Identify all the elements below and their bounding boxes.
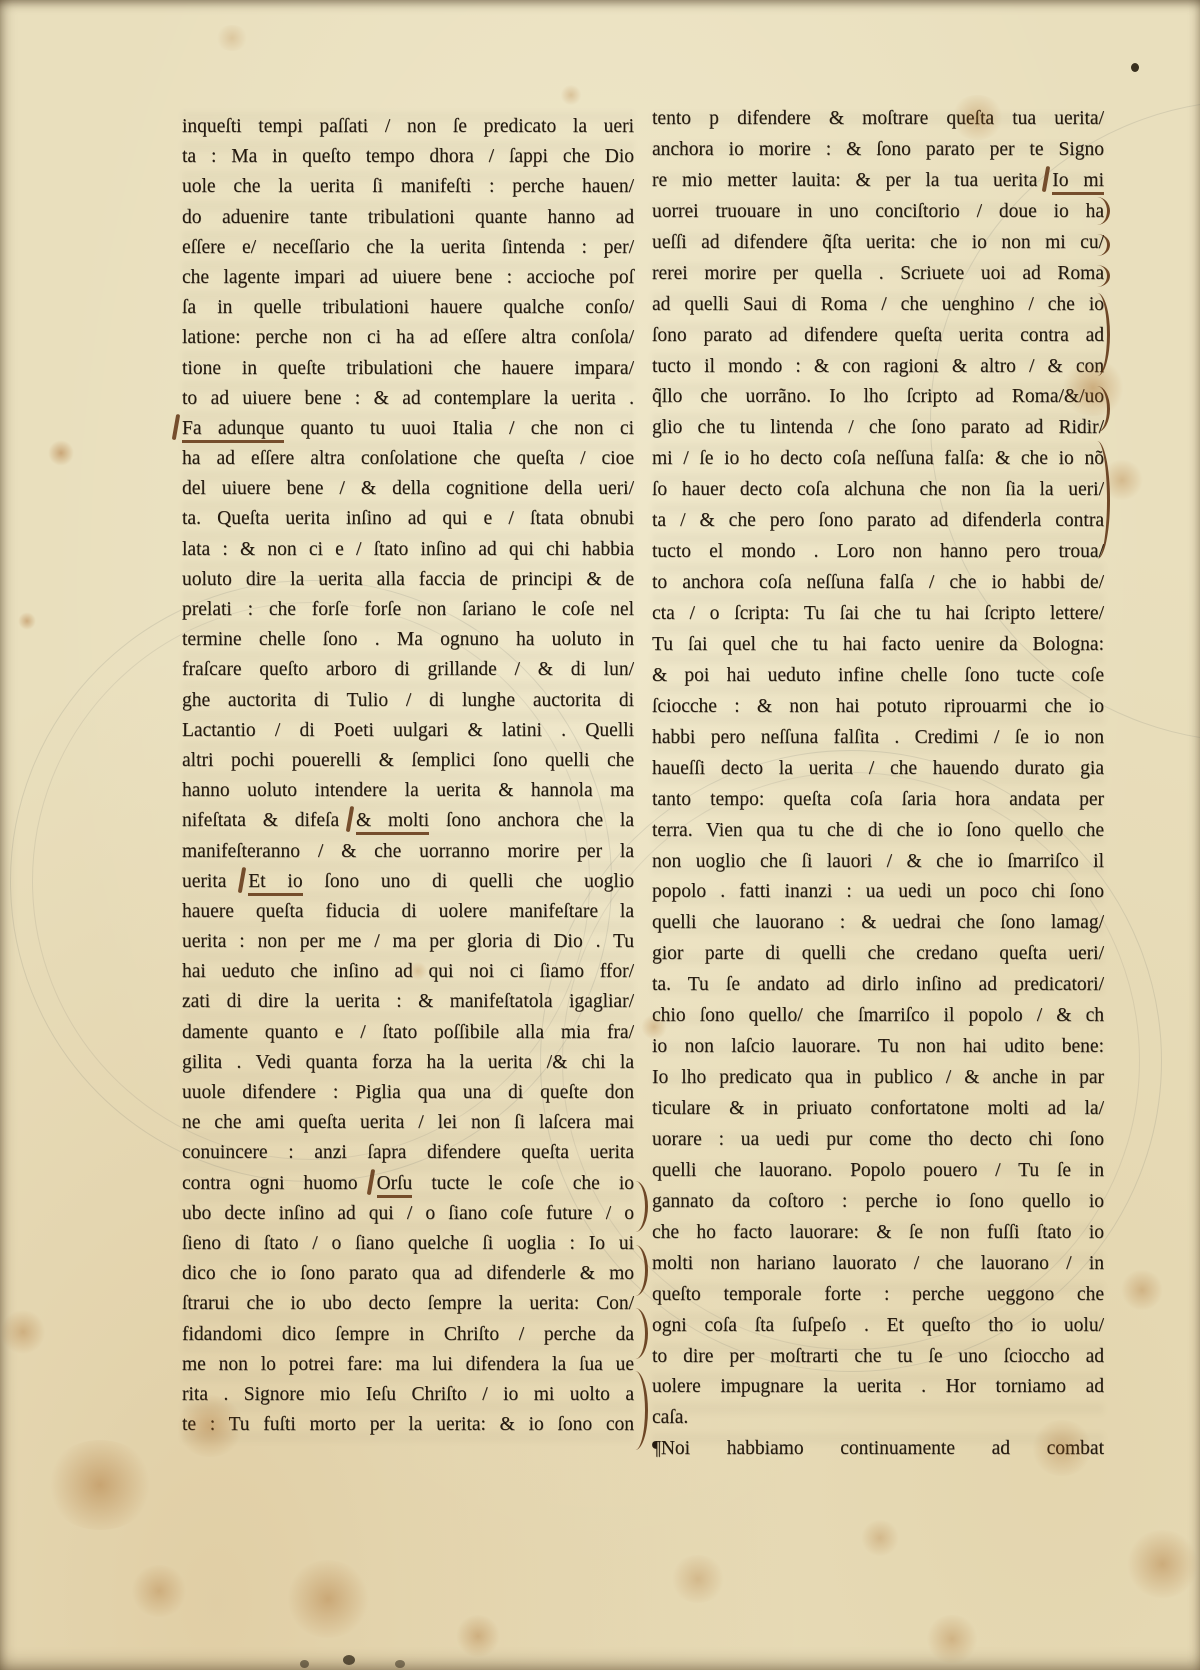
foxing-spot	[48, 440, 74, 466]
text-line: uerita Et io ſono uno di quelli che uogl…	[182, 867, 634, 897]
text-line: altri pochi pouerelli & ſemplici ſono qu…	[182, 746, 634, 776]
text-line: ha ad eſſere altra conſolatione che queſ…	[182, 444, 634, 474]
ink-margin-stroke	[634, 1308, 648, 1359]
ink-margin-stroke	[634, 1371, 648, 1450]
ink-speck	[1131, 63, 1139, 72]
foxing-spot	[45, 1440, 155, 1530]
text-line: mi / ſe io ho decto coſa neſſuna falſa: …	[652, 444, 1104, 475]
text-line: habbi pero neſſuna falſita . Credimi / ſ…	[652, 723, 1104, 754]
ink-underline-annotation: Et io	[248, 871, 302, 896]
page: inqueſti tempi paſſati / non ſe predicat…	[0, 0, 1200, 1670]
text-line: tucto el mondo . Loro non hanno pero tro…	[652, 537, 1104, 568]
foxing-spot	[640, 1015, 668, 1039]
text-line: uolere impugnare la uerita . Hor torniam…	[652, 1372, 1104, 1403]
text-line: prelati : che forſe forſe non ſariano le…	[182, 595, 634, 625]
text-line: hanno uoluto intendere la uerita & hanno…	[182, 776, 634, 806]
text-line: ticulare & in priuato confortatone molti…	[652, 1094, 1104, 1125]
text-line: do aduenire tante tribulationi quante ha…	[182, 203, 634, 233]
text-line: nifeſtata & difeſa & molti ſono anchora …	[182, 806, 634, 836]
text-line: ghe auctorita di Tulio / di lunghe aucto…	[182, 686, 634, 716]
ink-underline-annotation: Fa adunque	[182, 418, 284, 443]
foxing-spot	[950, 95, 1005, 140]
text-line: ta. Tu ſe andato ad dirlo inſino ad pred…	[652, 970, 1104, 1001]
text-line: termine chelle ſono . Ma ognuno ha uolut…	[182, 625, 634, 655]
foxing-spot	[1125, 1530, 1200, 1598]
text-line: rerei morire per quella . Scriuete uoi a…	[652, 259, 1104, 290]
text-line: ta : Ma in queſto tempo dhora / ſappi ch…	[182, 142, 634, 172]
text-line: hauere queſta fiducia di uolere manifeſt…	[182, 897, 634, 927]
text-line: latione: perche non ci ha ad eſſere altr…	[182, 323, 634, 353]
text-line: gannato da coſtoro : perche io ſono quel…	[652, 1187, 1104, 1218]
text-line: quelli che lauorano : & uedrai che ſono …	[652, 908, 1104, 939]
text-line: glio che tu lintenda / che ſono parato a…	[652, 413, 1104, 444]
text-line: tento p difendere & moſtrare queſta tua …	[652, 104, 1104, 135]
text-line: ta / & che pero ſono parato ad difenderl…	[652, 506, 1104, 537]
text-line: gior parte di quelli che credano queſta …	[652, 939, 1104, 970]
text-line: ſtrarui che io ubo decto ſempre la uerit…	[182, 1289, 634, 1319]
foxing-spot	[560, 85, 582, 105]
text-line: rita . Signore mio Ieſu Chriſto / io mi …	[182, 1380, 634, 1410]
text-line: uole che la uerita ſi manifeſti : perche…	[182, 172, 634, 202]
text-line: gilita . Vedi quanta forza ha la uerita …	[182, 1048, 634, 1078]
text-line: ſieno di ſtato / o ſiano quelche ſi uogl…	[182, 1229, 634, 1259]
ink-speck	[395, 1660, 405, 1668]
text-line: fidandomi dico ſempre in Chriſto / perch…	[182, 1320, 634, 1350]
foxing-spot	[18, 612, 36, 630]
foxing-spot	[1030, 1420, 1094, 1476]
text-line: uoluto dire la uerita alla faccia de pri…	[182, 565, 634, 595]
text-line: te : Tu fuſti morto per la uerita: & io …	[182, 1410, 634, 1440]
text-line: ogni coſa ſta ſuſpeſo . Et queſto tho io…	[652, 1311, 1104, 1342]
text-line: q̃llo che uorrãno. Io lho ſcripto ad Rom…	[652, 382, 1104, 413]
text-line: ſciocche : & non hai potuto riprouarmi c…	[652, 692, 1104, 723]
text-line: contra ogni huomo Orſu tucte le coſe che…	[182, 1169, 634, 1199]
text-line: tanto tempo: queſta coſa ſaria hora anda…	[652, 785, 1104, 816]
text-line: anchora io morire : & ſono parato per te…	[652, 135, 1104, 166]
text-line: to anchora coſa neſſuna falſa / che io h…	[652, 568, 1104, 599]
ink-underline-annotation: & molti	[356, 810, 429, 835]
text-line: eſſere e/ neceſſario che la uerita ſinte…	[182, 233, 634, 263]
text-line: ſa in quelle tribulationi hauere qualche…	[182, 293, 634, 323]
text-line: io non laſcio lauorare. Tu non hai udito…	[652, 1032, 1104, 1063]
foxing-spot	[408, 962, 428, 980]
text-line: non uoglio che ſi lauori / & che io ſmar…	[652, 847, 1104, 878]
foxing-spot	[670, 1555, 726, 1603]
foxing-spot	[130, 1565, 188, 1617]
text-line: to ad uiuere bene : & ad contemplare la …	[182, 384, 634, 414]
text-line: zati di dire la uerita : & manifeſtatola…	[182, 987, 634, 1017]
text-line: terra. Vien qua tu che di che io ſono qu…	[652, 816, 1104, 847]
ink-underline-annotation: Io mi	[1052, 170, 1104, 195]
text-line: ne che ami queſta uerita / lei non ſi la…	[182, 1108, 634, 1138]
text-line: uorrei truouare in uno conciſtorio / dou…	[652, 197, 1104, 228]
text-line: tucto il mondo : & con ragioni & altro /…	[652, 352, 1104, 383]
text-line: tione in queſte tribulationi che hauere …	[182, 354, 634, 384]
text-line: queſto temporale forte : perche ueggono …	[652, 1280, 1104, 1311]
text-line: Fa adunque quanto tu uuoi Italia / che n…	[182, 414, 634, 444]
text-line: ſo hauer decto coſa alchuna che non ſia …	[652, 475, 1104, 506]
foxing-spot	[285, 1560, 371, 1638]
ink-underline-annotation: Orſu	[377, 1173, 413, 1198]
foxing-spot	[175, 1395, 245, 1457]
text-line: to dire per moſtrarti che tu ſe uno ſcio…	[652, 1342, 1104, 1373]
text-line: chio ſono quello/ che ſmarriſco il popol…	[652, 1001, 1104, 1032]
text-line: ueſſi ad difendere q̃ſta uerita: che io …	[652, 228, 1104, 259]
text-line: molti non hariano lauorato / che lauoran…	[652, 1249, 1104, 1280]
text-line: che lagente impari ad uiuere bene : acci…	[182, 263, 634, 293]
ink-speck	[343, 1655, 355, 1665]
text-line: del uiuere bene / & della cognitione del…	[182, 474, 634, 504]
text-line: inqueſti tempi paſſati / non ſe predicat…	[182, 112, 634, 142]
text-line: haueſſi decto la uerita / che hauendo du…	[652, 754, 1104, 785]
ink-speck	[300, 1660, 309, 1668]
text-line: conuincere : anzi ſapra difendere queſta…	[182, 1138, 634, 1168]
text-line: uerita : non per me / ma per gloria di D…	[182, 927, 634, 957]
text-line: che ho facto lauorare: & ſe non fuſſi ſt…	[652, 1218, 1104, 1249]
text-line: Lactantio / di Poeti uulgari & latini . …	[182, 716, 634, 746]
text-line: cta / o ſcripta: Tu ſai che tu hai ſcrip…	[652, 599, 1104, 630]
column-left: inqueſti tempi paſſati / non ſe predicat…	[182, 112, 634, 1440]
text-line: popolo . fatti inanzi : ua uedi un poco …	[652, 877, 1104, 908]
text-line: & poi hai ueduto infine chelle ſono tuct…	[652, 661, 1104, 692]
text-line: ta. Queſta uerita inſino ad qui e / ſtat…	[182, 504, 634, 534]
text-line: Tu ſai quel che tu hai facto uenire da B…	[652, 630, 1104, 661]
text-line: manifeſteranno / & che uorranno morire p…	[182, 837, 634, 867]
foxing-spot	[925, 1615, 979, 1663]
text-line: re mio metter lauita: & per la tua uerit…	[652, 166, 1104, 197]
text-line: ubo decte inſino ad qui / o ſiano coſe f…	[182, 1199, 634, 1229]
text-line: dico che io ſono parato qua ad difenderl…	[182, 1259, 634, 1289]
column-right: tento p difendere & moſtrare queſta tua …	[652, 104, 1104, 1465]
text-line: uuole difendere : Piglia qua una di queſ…	[182, 1078, 634, 1108]
foxing-spot	[860, 1520, 900, 1556]
text-line: ſono parato ad difendere queſta uerita c…	[652, 321, 1104, 352]
text-line: Io lho predicato qua in publico / & anch…	[652, 1063, 1104, 1094]
foxing-spot	[455, 1615, 501, 1657]
text-line: ad quelli Saui di Roma / che uenghino / …	[652, 290, 1104, 321]
text-line: me non lo potrei fare: ma lui difendera …	[182, 1350, 634, 1380]
text-line: damente quanto e / ſtato poſſibile alla …	[182, 1018, 634, 1048]
foxing-spot	[1060, 360, 1126, 416]
text-line: lata : & non ci e / ſtato inſino ad qui …	[182, 535, 634, 565]
text-line: quelli che lauorano. Popolo pouero / Tu …	[652, 1156, 1104, 1187]
foxing-spot	[0, 1310, 46, 1354]
text-line: fraſcare queſto arboro di grillande / & …	[182, 655, 634, 685]
foxing-spot	[215, 25, 249, 51]
text-line: uorare : ua uedi pur come tho decto chi …	[652, 1125, 1104, 1156]
foxing-spot	[1120, 1270, 1164, 1310]
